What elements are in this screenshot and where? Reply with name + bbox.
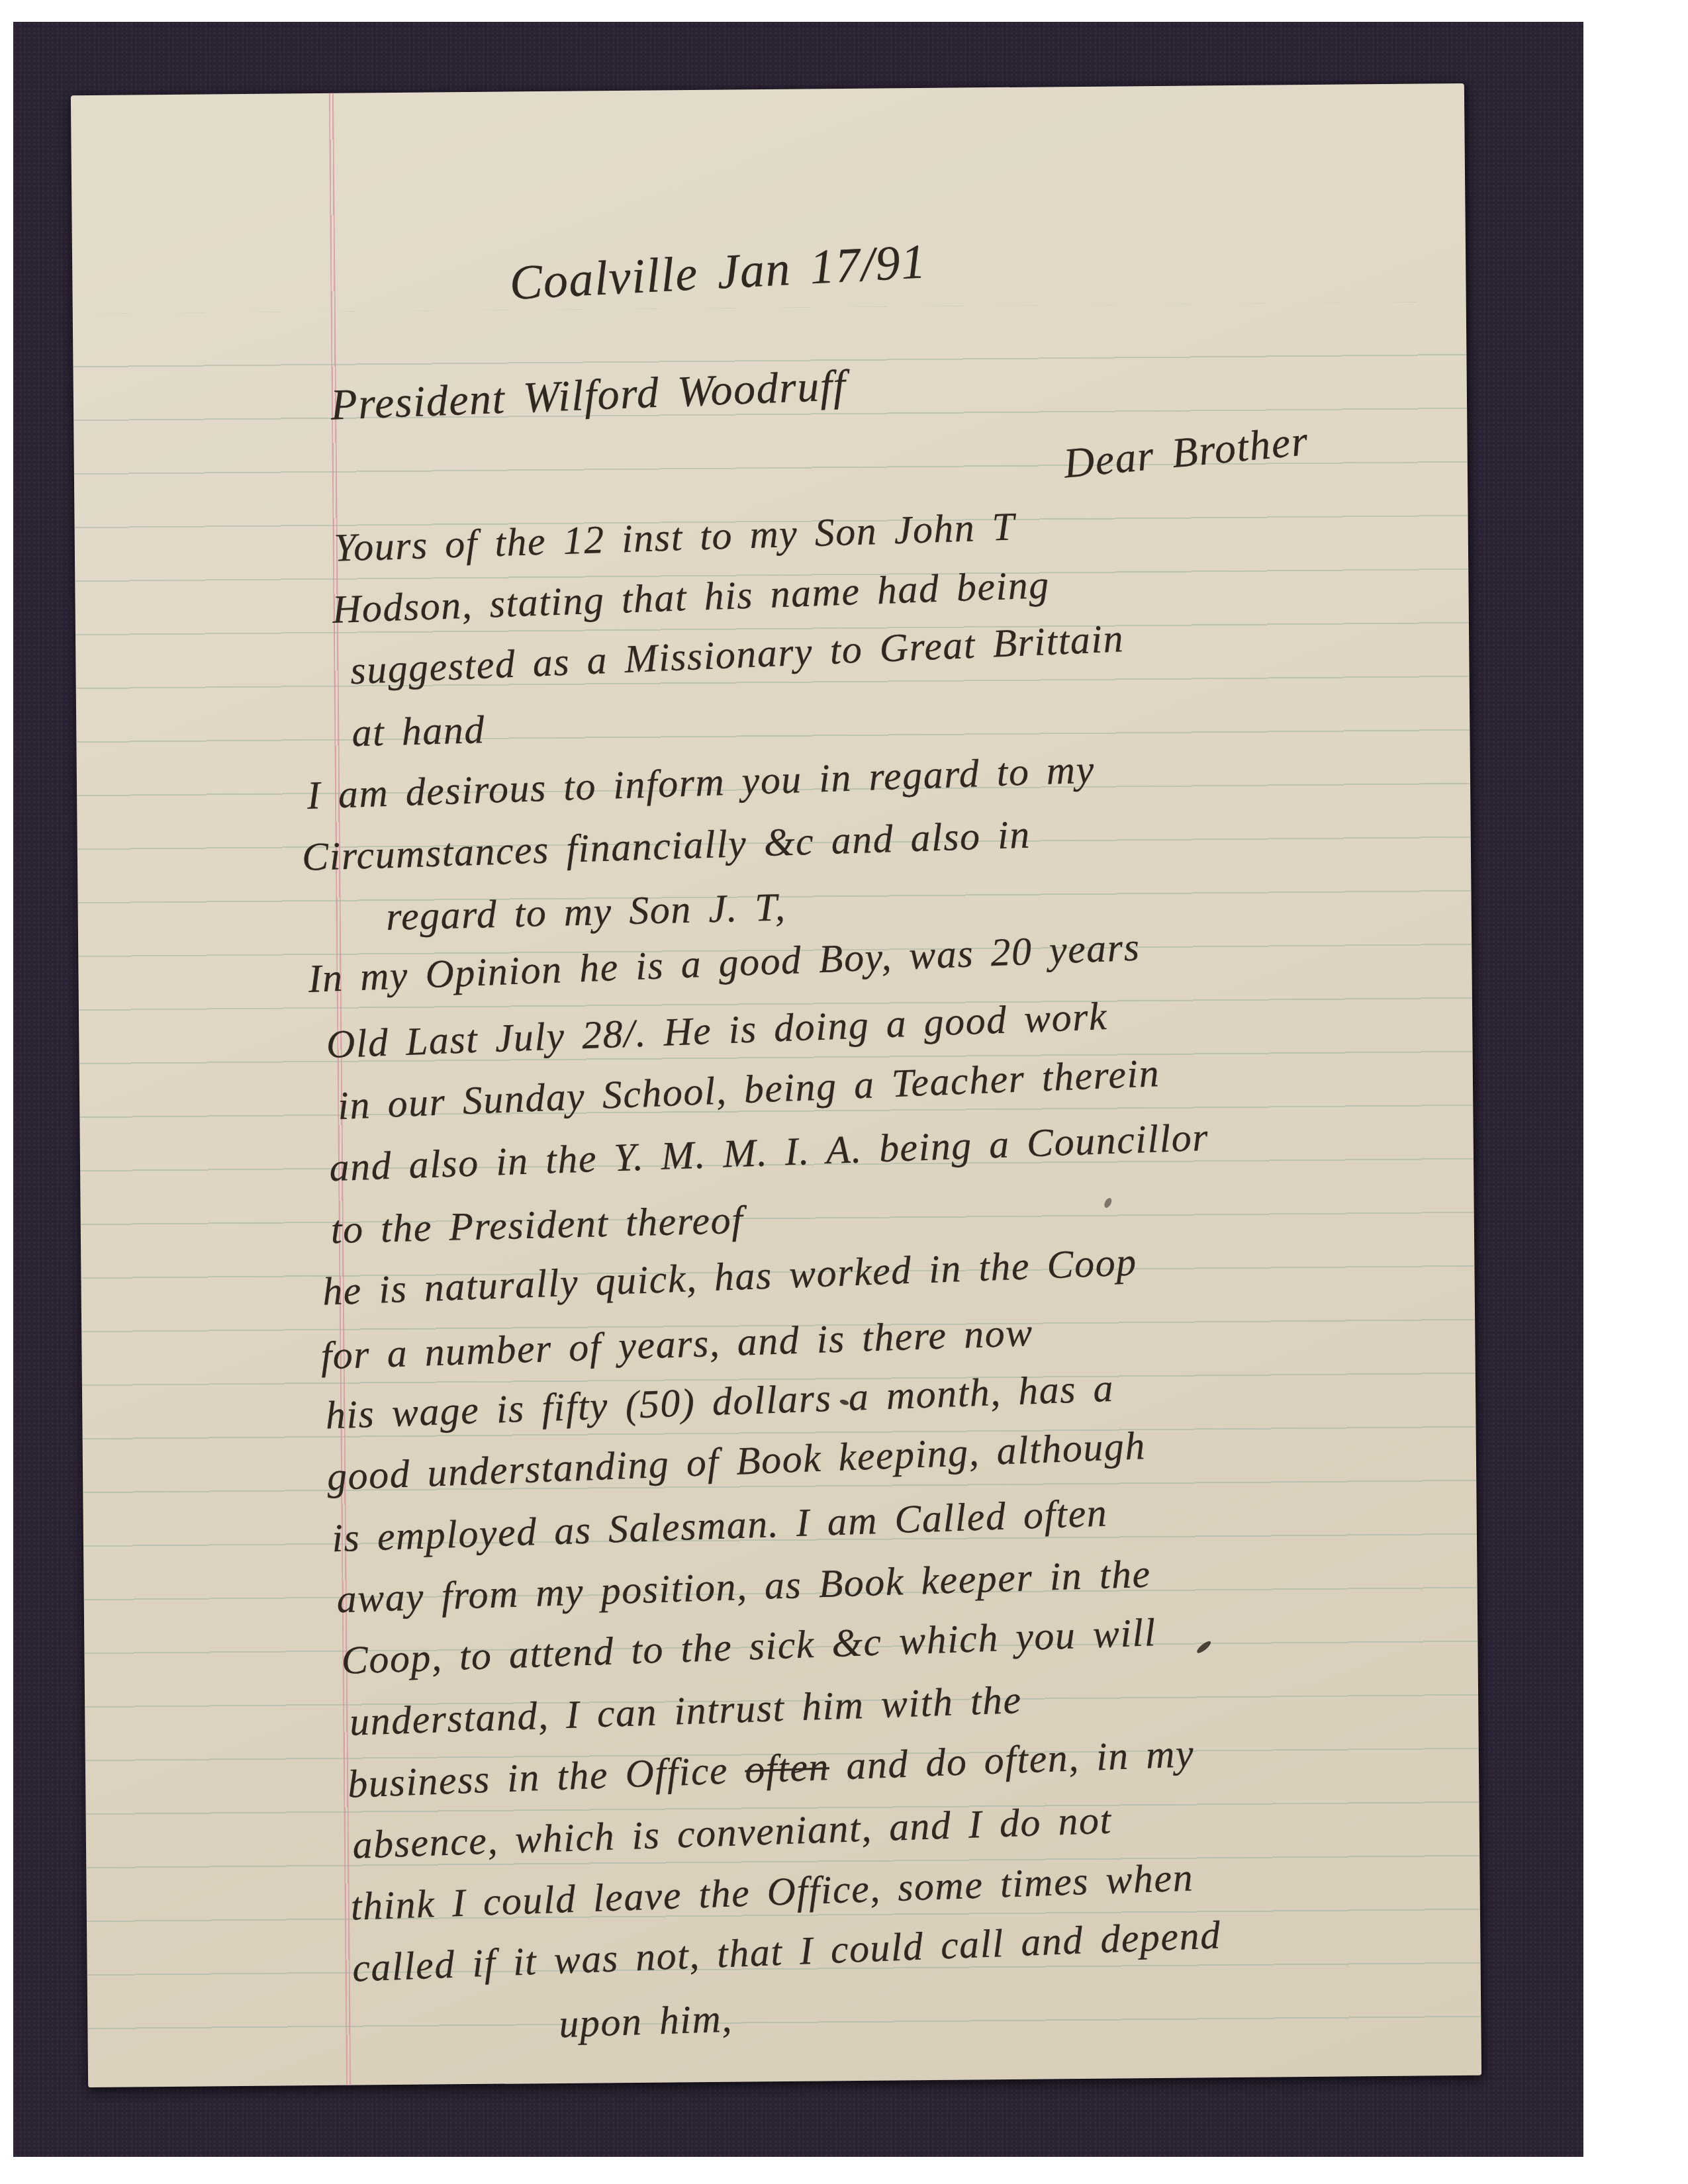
body-line-17: is employed as Salesman. I am Called oft… (331, 1492, 1108, 1558)
recipient-line: President Wilford Woodruff (330, 364, 847, 428)
body-line-9: Old Last July 28/. He is doing a good wo… (326, 996, 1108, 1064)
salutation: Dear Brother (1062, 420, 1311, 485)
body-line-21: business in the Office often and do ofte… (347, 1733, 1195, 1804)
body-line-15: his wage is fifty (50) dollars a month, … (325, 1368, 1115, 1435)
letter-paper: Coalville Jan 17/91 President Wilford Wo… (71, 83, 1481, 2087)
body-line-13: he is naturally quick, has worked in the… (322, 1242, 1137, 1311)
body-line-8: In my Opinion he is a good Boy, was 20 y… (307, 927, 1141, 999)
handwritten-letter: Coalville Jan 17/91 President Wilford Wo… (58, 70, 1500, 2096)
office-line-pre: business in the Office (347, 1748, 745, 1806)
body-line-19: Coop, to attend to the sick &c which you… (341, 1612, 1157, 1680)
body-line-20: understand, I can intrust him with the (349, 1680, 1022, 1742)
body-line-2: Hodson, stating that his name had being (332, 565, 1051, 629)
body-line-1: Yours of the 12 inst to my Son John T (334, 506, 1016, 567)
office-line-post: and do often, in my (829, 1731, 1196, 1788)
body-line-5: I am desirous to inform you in regard to… (306, 749, 1096, 815)
body-line-14: for a number of years, and is there now (320, 1312, 1034, 1376)
ink-blot (1196, 1639, 1213, 1655)
body-line-12: to the President thereof (330, 1200, 744, 1250)
body-line-22: absence, which is conveniant, and I do n… (352, 1800, 1113, 1865)
scanned-letter-page: { "page": { "description": "Scanned page… (0, 0, 1688, 2184)
body-line-3: suggested as a Missionary to Great Britt… (350, 618, 1125, 690)
body-line-18: away from my position, as Book keeper in… (336, 1554, 1152, 1619)
body-line-24: called if it was not, that I could call … (352, 1915, 1222, 1987)
body-line-11: and also in the Y. M. M. I. A. being a C… (329, 1117, 1209, 1187)
body-line-7: regard to my Son J. T, (386, 887, 786, 936)
body-line-10: in our Sunday School, being a Teacher th… (337, 1053, 1160, 1126)
body-line-25: upon him, (558, 1998, 733, 2044)
body-line-4: at hand (352, 709, 486, 752)
dateline: Coalville Jan 17/91 (508, 237, 927, 308)
office-line-struck-word: often (744, 1745, 830, 1792)
body-line-16: good understanding of Book keeping, alth… (326, 1426, 1147, 1496)
ink-blot (1103, 1197, 1113, 1208)
body-line-23: think I could leave the Office, some tim… (350, 1857, 1194, 1926)
body-line-6: Circumstances financially &c and also in (301, 815, 1031, 878)
